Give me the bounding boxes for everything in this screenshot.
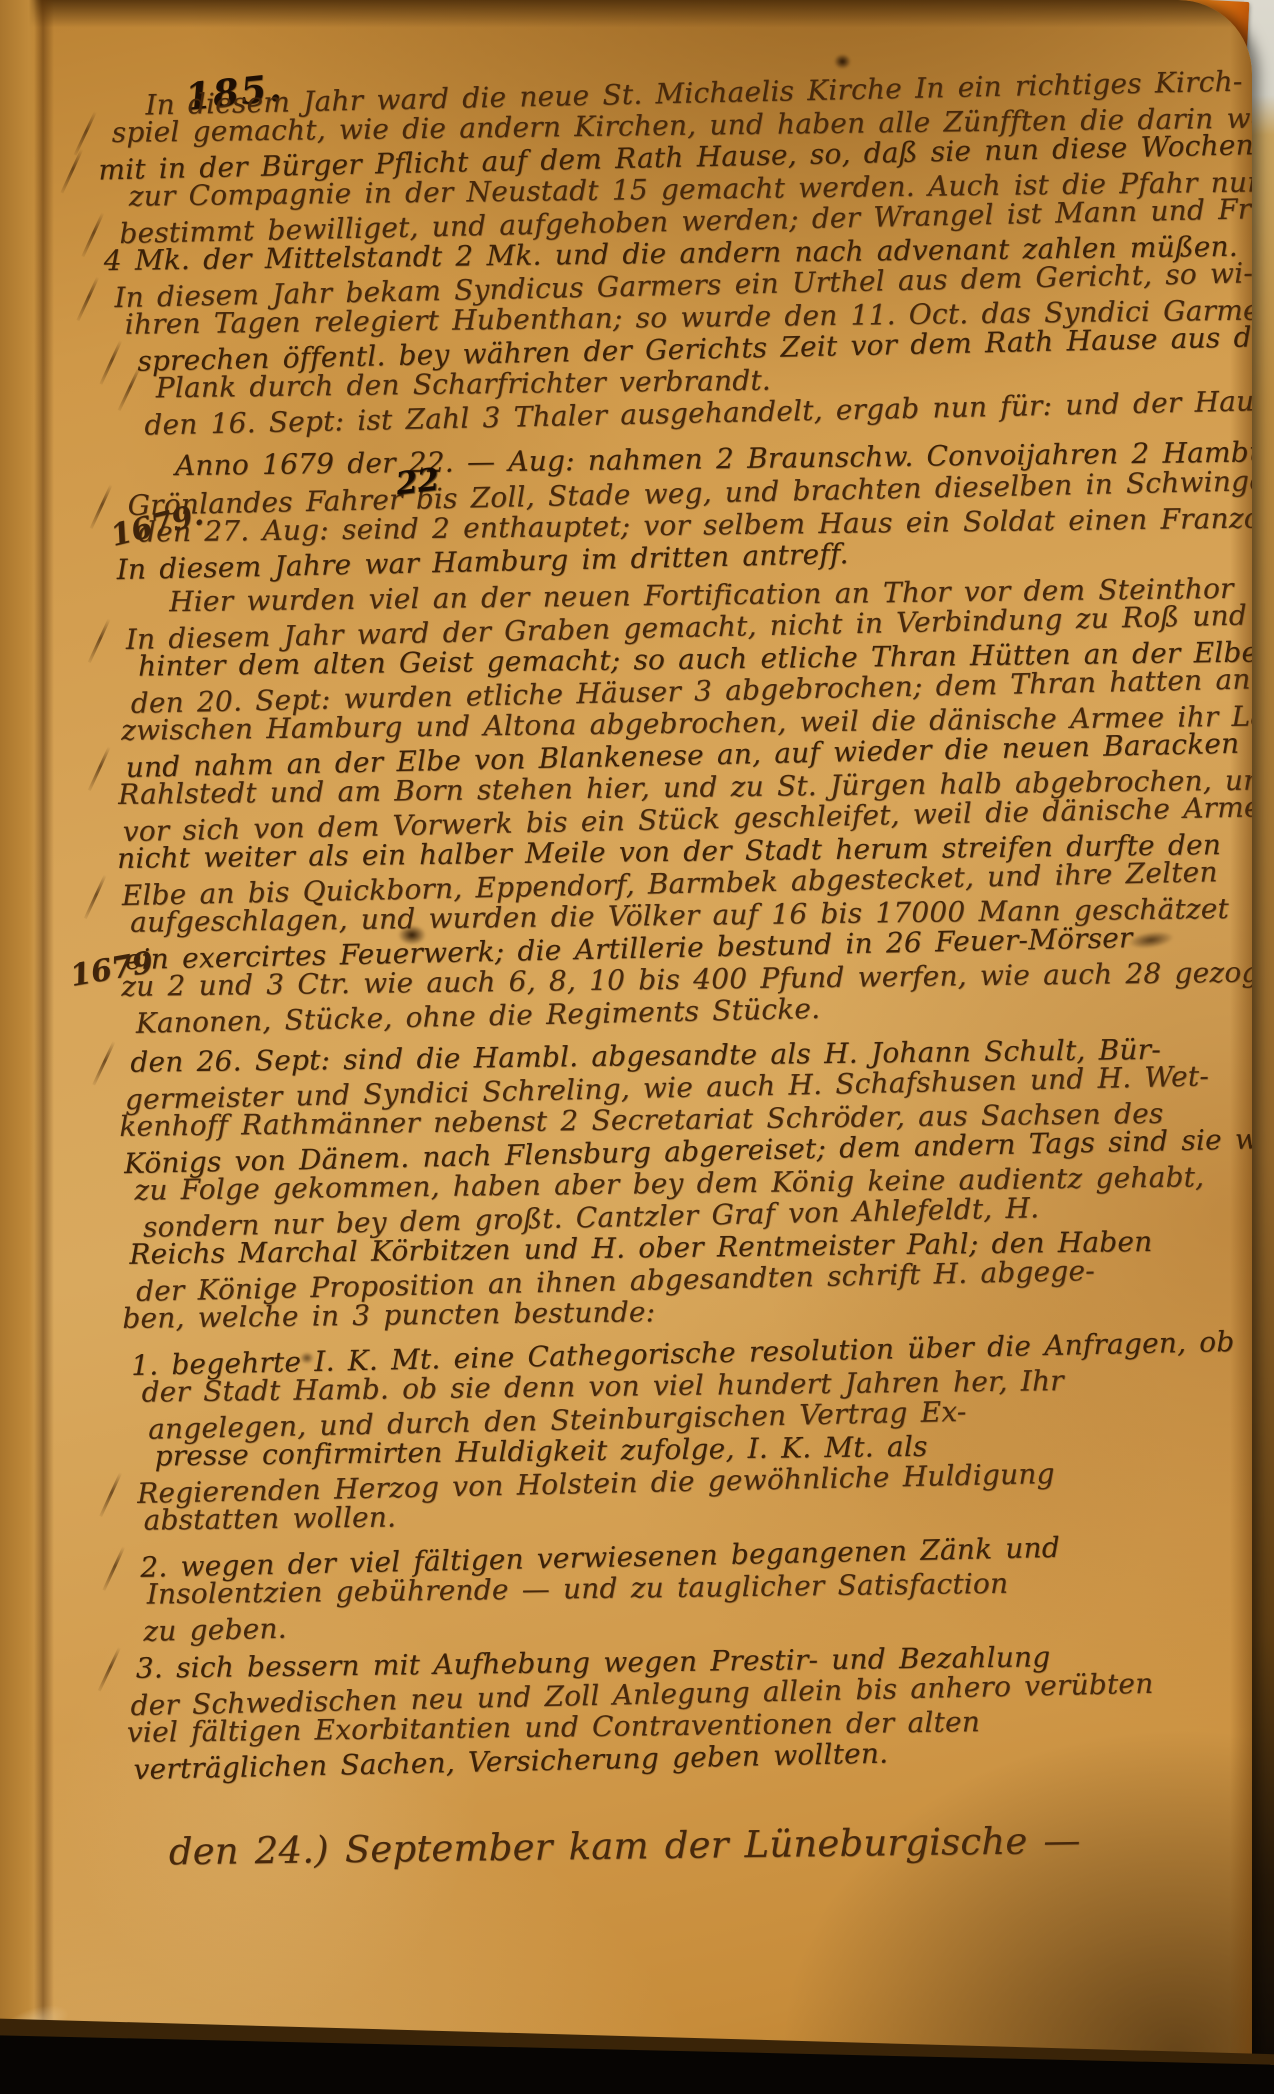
pen-stroke-mark bbox=[60, 149, 83, 194]
pen-stroke-mark bbox=[88, 746, 111, 791]
scanned-book-page: 185. In diesem Jahr ward die neue St. Mi… bbox=[0, 0, 1274, 2094]
pen-stroke-mark bbox=[81, 212, 104, 257]
manuscript-line-text: zu geben. bbox=[143, 1612, 287, 1648]
gutter-seam-line bbox=[34, 0, 54, 2094]
manuscript-line-text: abstatten wollen. bbox=[143, 1500, 396, 1536]
pen-stroke-mark bbox=[88, 618, 111, 663]
pen-stroke-mark bbox=[118, 366, 141, 411]
pen-stroke-mark bbox=[74, 111, 97, 156]
ink-blot bbox=[834, 54, 851, 69]
pen-stroke-mark bbox=[102, 1546, 125, 1591]
pen-stroke-mark bbox=[76, 276, 99, 321]
pen-stroke-mark bbox=[99, 1472, 122, 1517]
manuscript-line-text: ben, welche in 3 puncten bestunde: bbox=[122, 1295, 655, 1335]
pen-stroke-mark bbox=[99, 340, 122, 385]
manuscript-page: 185. In diesem Jahr ward die neue St. Mi… bbox=[0, 0, 1252, 2094]
page-top-edge-shadow bbox=[0, 0, 1252, 30]
manuscript-lines: In diesem Jahr ward die neue St. Michael… bbox=[81, 69, 1252, 1871]
ink-blot bbox=[300, 1352, 314, 1364]
manuscript-line: den 24.) September kam der Lüneburgische… bbox=[169, 1823, 1252, 1869]
ink-overwrite-correction: 22 bbox=[394, 462, 441, 503]
ink-blot bbox=[398, 925, 426, 945]
pen-stroke-mark bbox=[84, 874, 107, 919]
pen-stroke-mark bbox=[98, 1647, 121, 1692]
pen-stroke-mark bbox=[92, 1041, 115, 1086]
manuscript-line-text: den 24.) September kam der Lüneburgische… bbox=[169, 1819, 1081, 1873]
